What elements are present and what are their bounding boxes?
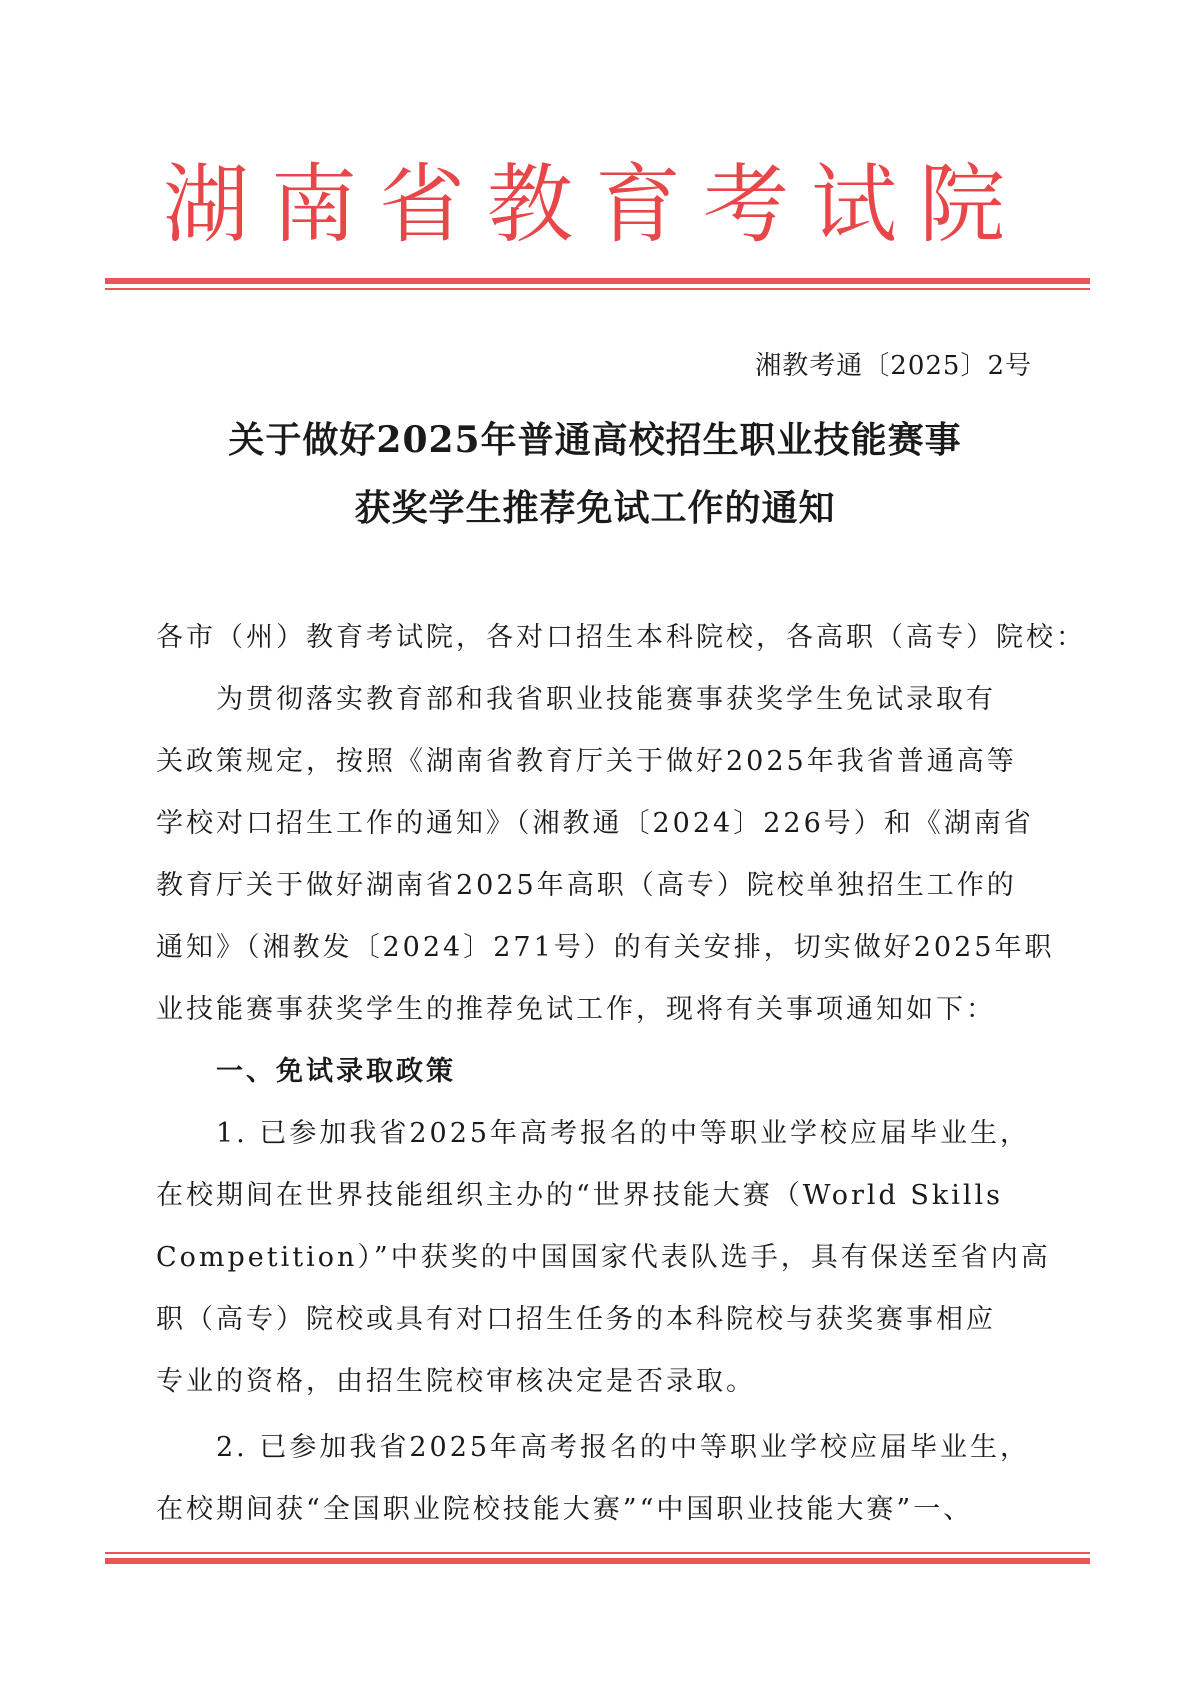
footer-rule-thin <box>105 1552 1090 1554</box>
item-1-line: 1. 已参加我省2025年高考报名的中等职业学校应届毕业生， <box>216 1114 1091 1154</box>
document-number: 湘教考通〔2025〕2号 <box>755 345 1032 382</box>
letterhead-rule-thick <box>105 278 1090 284</box>
letterhead-rule-thin <box>105 288 1090 290</box>
body-line: 学校对口招生工作的通知》（湘教通〔2024〕226号）和《湖南省 <box>156 804 1031 844</box>
body-line: 业技能赛事获奖学生的推荐免试工作，现将有关事项通知如下： <box>156 990 1031 1030</box>
document-title-line-2: 获奖学生推荐免试工作的通知 <box>0 480 1190 531</box>
item-1-line: 在校期间在世界技能组织主办的“世界技能大赛（World Skills <box>156 1176 1031 1216</box>
item-2-line: 2. 已参加我省2025年高考报名的中等职业学校应届毕业生， <box>216 1428 1091 1468</box>
body-line: 教育厅关于做好湖南省2025年高职（高专）院校单独招生工作的 <box>156 866 1031 906</box>
body-line: 关政策规定，按照《湖南省教育厅关于做好2025年我省普通高等 <box>156 742 1031 782</box>
item-2-line: 在校期间获“全国职业院校技能大赛”“中国职业技能大赛”一、 <box>156 1490 1031 1530</box>
item-1-line: Competition）”中获奖的中国国家代表队选手，具有保送至省内高 <box>156 1238 1031 1278</box>
item-1-line: 职（高专）院校或具有对口招生任务的本科院校与获奖赛事相应 <box>156 1300 1031 1340</box>
item-1-line: 专业的资格，由招生院校审核决定是否录取。 <box>156 1362 1031 1402</box>
addressee: 各市（州）教育考试院，各对口招生本科院校，各高职（高专）院校： <box>156 618 1031 658</box>
footer-rule-thick <box>105 1558 1090 1564</box>
document-title-line-1: 关于做好2025年普通高校招生职业技能赛事 <box>0 412 1190 463</box>
section-heading: 一、免试录取政策 <box>216 1052 1091 1092</box>
body-line: 通知》（湘教发〔2024〕271号）的有关安排，切实做好2025年职 <box>156 928 1031 968</box>
letterhead-organization: 湖南省教育考试院 <box>0 150 1190 260</box>
body-line: 为贯彻落实教育部和我省职业技能赛事获奖学生免试录取有 <box>216 680 1091 720</box>
